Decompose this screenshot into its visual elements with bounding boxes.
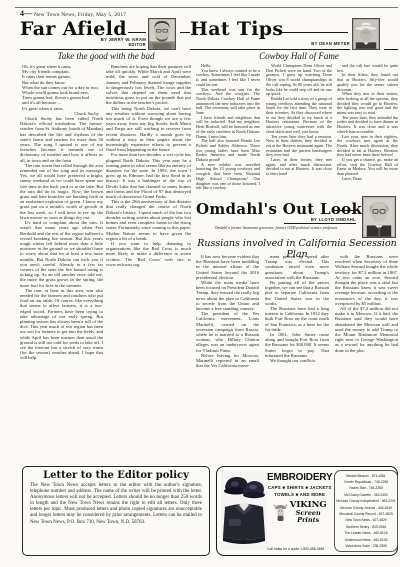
ad-items-line2: TOWELS ■ AND MORE — [274, 492, 325, 497]
page-header: 4— New Town News, Friday, May 5, 2017 — [20, 9, 126, 18]
omdahl-column-3: with the Russians were resolved when Sec… — [335, 254, 398, 458]
top-edge-rule — [15, 7, 398, 8]
poem-block: Oh, it's great when it rains,My city fri… — [20, 64, 103, 111]
omdahl-byline: BY LLOYD OMDAHL — [250, 217, 356, 222]
header-rule — [128, 32, 146, 33]
meyer-headshot-photo — [352, 18, 380, 50]
omdahl-column-1: It has now become evident that the Russi… — [196, 254, 259, 458]
omdahl-col1-text: It has now become evident that the Russi… — [196, 254, 259, 368]
header-rule — [334, 210, 358, 211]
omdahl-headshot-photo — [362, 196, 396, 238]
hat-tips-title: Hat Tips — [190, 18, 283, 40]
ad-title: EMBROIDERY — [267, 472, 332, 483]
viking-brand-sub2: Prints — [297, 517, 319, 524]
hat-tips-col2-text: World Champions Dean Oliver and Don Pick… — [266, 64, 332, 177]
omdahl-column-2: ment picked up speed after Trump was ele… — [265, 254, 329, 458]
letter-policy-body: The New Town News accepts letters to the… — [30, 483, 202, 526]
letter-policy-title: Letter to the Editor policy — [30, 470, 202, 481]
header-rule — [384, 49, 398, 50]
far-afield-byline: BY JERRY W. KRAM EDITOR — [56, 37, 146, 48]
letter-policy-box: Letter to the Editor policy The New Town… — [22, 466, 210, 556]
header-rule — [282, 32, 348, 33]
hat-tips-col1-text: Hello,You know I always wanted to be a c… — [196, 64, 260, 191]
omdahl-col2-text: ment picked up speed after Trump was ele… — [265, 254, 329, 363]
byline-role: EDITOR — [56, 42, 146, 47]
embroidery-ad: EMBROIDERY CAPS ■ SHIRTS ■ JACKETS TOWEL… — [216, 466, 398, 556]
newspaper-directory: Beulah Beacon - 873-4381Center Republica… — [334, 470, 397, 552]
far-afield-column-1: Oh, it's great when it rains,My city fri… — [20, 64, 103, 456]
caps-and-shirt-image — [221, 470, 267, 552]
header-rule — [284, 223, 356, 224]
hat-tips-column-3: and the cab fare would be quite low.In t… — [337, 64, 398, 196]
meyer-portrait-image — [353, 19, 379, 49]
ad-text-block: EMBROIDERY CAPS ■ SHIRTS ■ JACKETS TOWEL… — [267, 470, 332, 552]
apparel-photo — [221, 470, 267, 552]
omdahl-portrait-image — [363, 197, 395, 237]
viking-wordmark: VIKING Screen Prints — [290, 500, 327, 524]
newspaper-page: 4— New Town News, Friday, May 5, 2017 Fa… — [0, 0, 400, 567]
ad-items-line1: CAPS ■ SHIRTS ■ JACKETS — [268, 485, 332, 490]
far-afield-column-2: Ranchers are hoping that their pastures … — [106, 64, 191, 456]
omdahl-tagline: Omdahl a former lieutenant governor; for… — [196, 226, 356, 230]
omdahl-title: Omdahl's Out Look — [196, 200, 362, 218]
viking-logo-row: VIKING Screen Prints — [273, 500, 327, 524]
kram-portrait-image — [149, 19, 175, 49]
hat-tips-col3-text: and the cab fare would be quite low.In t… — [337, 64, 398, 182]
page-number: 4— — [20, 9, 32, 18]
viking-mascot-icon — [273, 503, 288, 522]
kram-headshot-photo — [148, 18, 176, 50]
omdahl-col3-text: with the Russians were resolved when Sec… — [335, 254, 398, 353]
far-afield-subtitle: Take the good with the bad — [20, 51, 192, 61]
header-rule — [180, 32, 190, 33]
far-afield-col1-text: Chuck Suchy has been called North Dakota… — [20, 116, 103, 361]
hat-tips-subtitle: Cowboy Hall of Fame — [200, 51, 398, 61]
hat-tips-byline: BY DEAN MEYER — [260, 41, 350, 46]
far-afield-col2-text: Ranchers are hoping that their pastures … — [106, 64, 191, 267]
header-rule — [190, 49, 350, 50]
hat-tips-column-2: World Champions Dean Oliver and Don Pick… — [266, 64, 332, 196]
hat-tips-column-1: Hello,You know I always wanted to be a c… — [196, 64, 260, 196]
ad-call-to-action: Call today for a quote 1-800-658-3485 — [267, 547, 324, 551]
header-rule — [20, 49, 146, 50]
